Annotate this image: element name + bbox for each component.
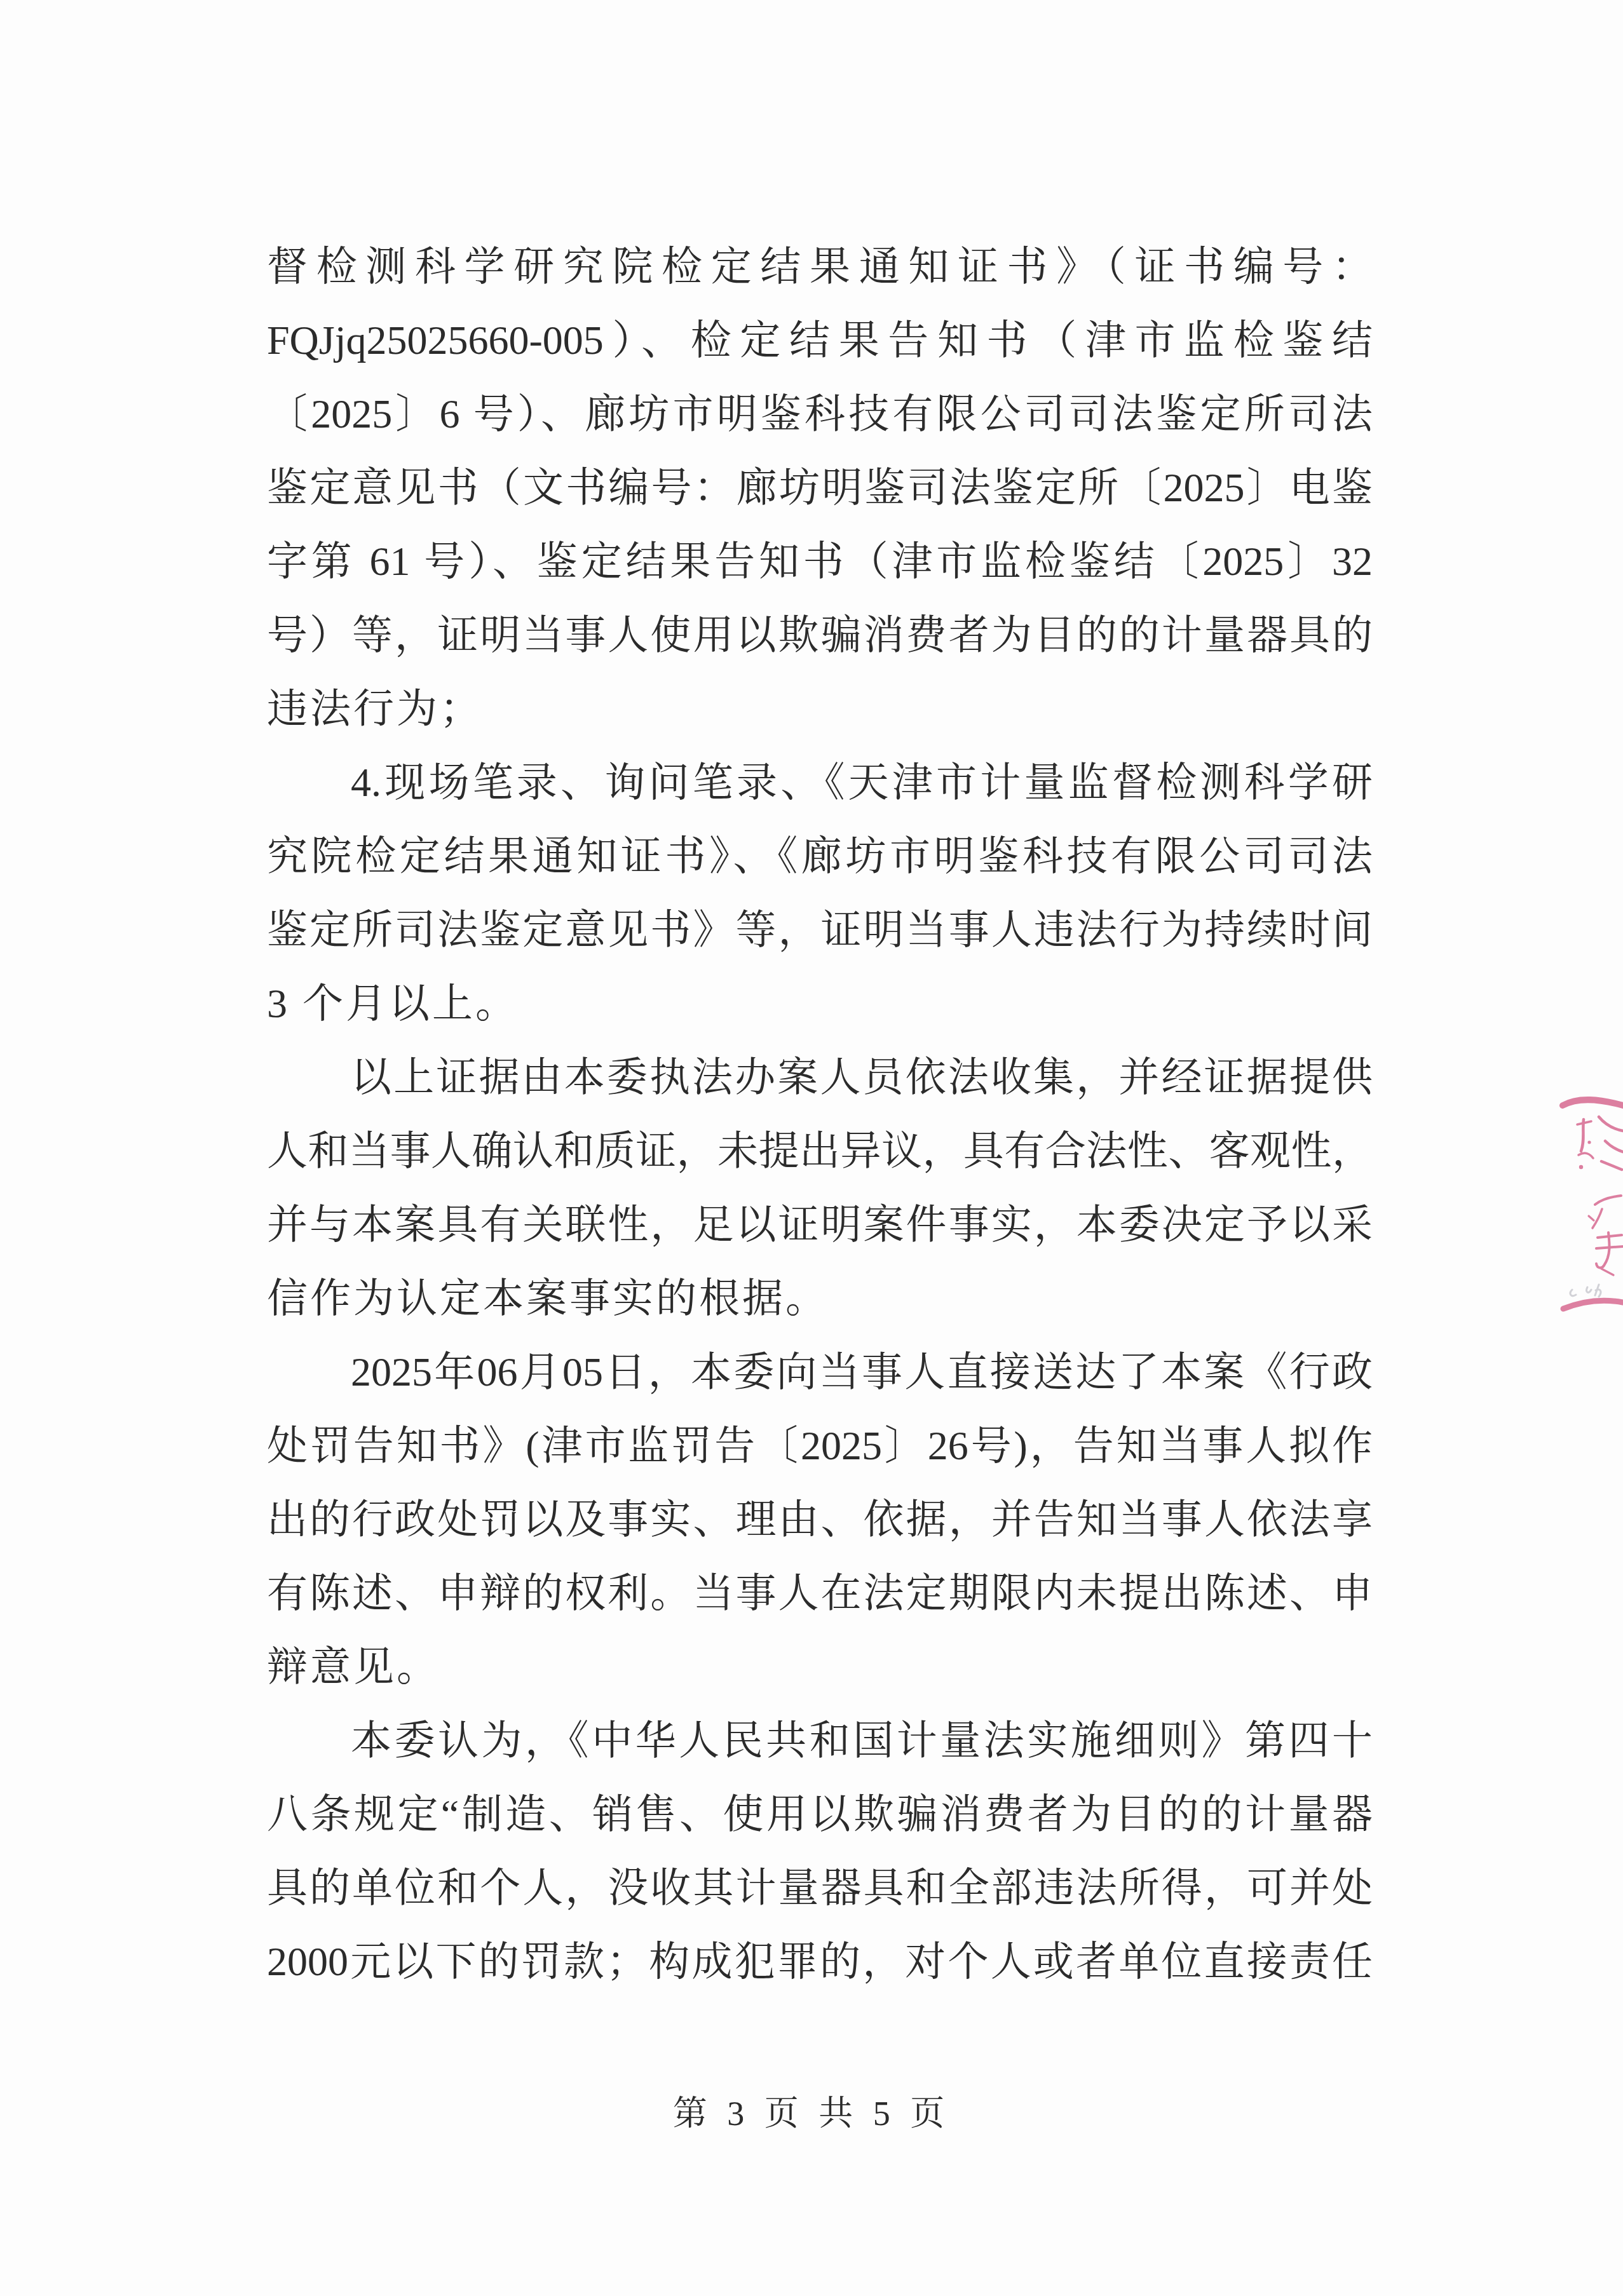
text-line: 八条规定“制造、销售、使用以欺骗消费者为目的的计量器 [267, 1778, 1373, 1851]
body-text: 督检测科学研究院检定结果通知证书》（证书编号： FQJjq25025660-00… [267, 230, 1373, 1999]
text-line: 4.现场笔录、询问笔录、《天津市计量监督检测科学研 [267, 746, 1373, 820]
text-line: 有陈述、申辩的权利。当事人在法定期限内未提出陈述、申 [267, 1557, 1373, 1630]
text-line: 人和当事人确认和质证，未提出异议，具有合法性、客观性， [267, 1114, 1373, 1188]
text-line: 鉴定意见书（文书编号：廊坊明鉴司法鉴定所〔2025〕电鉴 [267, 451, 1373, 525]
text-line: 号）等，证明当事人使用以欺骗消费者为目的的计量器具的 [267, 598, 1373, 672]
red-ink-marks [1559, 1080, 1623, 1321]
text-line: 出的行政处罚以及事实、理由、依据，并告知当事人依法享 [267, 1483, 1373, 1557]
text-line: 以上证据由本委执法办案人员依法收集，并经证据提供 [267, 1041, 1373, 1114]
text-line: 字第 61 号）、鉴定结果告知书（津市监检鉴结〔2025〕32 [267, 525, 1373, 598]
text-line: 辩意见。 [267, 1630, 1373, 1704]
text-line: 〔2025〕6 号）、廊坊市明鉴科技有限公司司法鉴定所司法 [267, 377, 1373, 451]
text-line: 处罚告知书》(津市监罚告〔2025〕26号)，告知当事人拟作 [267, 1409, 1373, 1483]
text-line: 究院检定结果通知证书》、《廊坊市明鉴科技有限公司司法 [267, 820, 1373, 893]
text-line: 具的单位和个人，没收其计量器具和全部违法所得，可并处 [267, 1851, 1373, 1925]
text-line: 并与本案具有关联性，足以证明案件事实，本委决定予以采 [267, 1188, 1373, 1262]
text-line: 2025年06月05日，本委向当事人直接送达了本案《行政 [267, 1335, 1373, 1409]
document-page: 督检测科学研究院检定结果通知证书》（证书编号： FQJjq25025660-00… [0, 0, 1623, 2296]
text-line: 信作为认定本案事实的根据。 [267, 1262, 1373, 1335]
text-line: 本委认为，《中华人民共和国计量法实施细则》第四十 [267, 1704, 1373, 1778]
text-line: 违法行为； [267, 672, 1373, 746]
text-line: 督检测科学研究院检定结果通知证书》（证书编号： [267, 230, 1373, 304]
text-line: FQJjq25025660-005）、检定结果告知书（津市监检鉴结 [267, 304, 1373, 377]
text-line: 鉴定所司法鉴定意见书》等，证明当事人违法行为持续时间 [267, 893, 1373, 967]
text-line: 2000元以下的罚款；构成犯罪的，对个人或者单位直接责任 [267, 1925, 1373, 1999]
text-line: 3 个月以上。 [267, 967, 1373, 1041]
page-number-footer: 第 3 页 共 5 页 [0, 2085, 1623, 2142]
